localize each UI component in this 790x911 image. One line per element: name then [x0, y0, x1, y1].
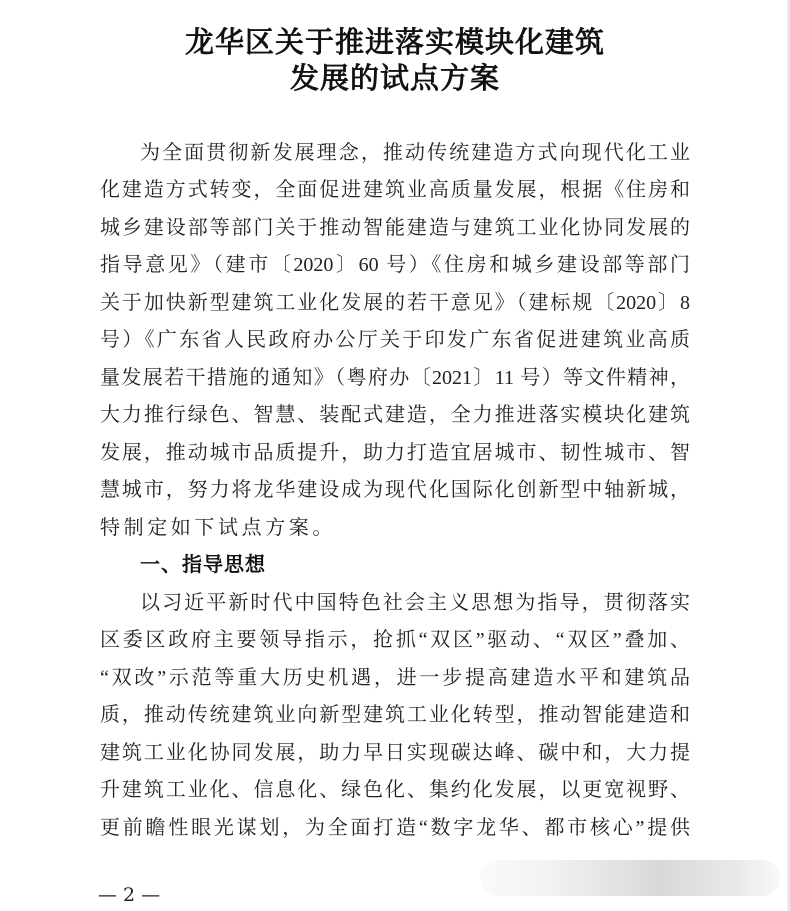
page-number: — 2 — — [98, 884, 160, 906]
intro-paragraph-line: 为全面贯彻新发展理念，推动传统建造方式向现代化工业 — [140, 136, 690, 166]
intro-paragraph-line: 大力推行绿色、智慧、装配式建造，全力推进落实模块化建筑 — [100, 398, 690, 428]
section-paragraph-line: 质，推动传统建筑业向新型建筑工业化转型，推动智能建造和 — [100, 698, 690, 728]
intro-paragraph-line: 关于加快新型建筑工业化发展的若干意见》（建标规〔2020〕8 — [100, 286, 690, 316]
section-paragraph-line: 以习近平新时代中国特色社会主义思想为指导，贯彻落实 — [140, 586, 690, 616]
document-title-line-1: 龙华区关于推进落实模块化建筑 — [0, 20, 790, 61]
section-heading: 一、指导思想 — [140, 548, 266, 577]
intro-paragraph-line: 城乡建设部等部门关于推动智能建造与建筑工业化协同发展的 — [100, 211, 690, 241]
intro-paragraph-line: 量发展若干措施的通知》（粤府办〔2021〕11 号）等文件精神， — [100, 361, 690, 391]
blurred-watermark — [480, 860, 780, 900]
section-paragraph-line: 升建筑工业化、信息化、绿色化、集约化发展，以更宽视野、 — [100, 773, 690, 803]
intro-paragraph-line: 指导意见》（建市〔2020〕60 号）《住房和城乡建设部等部门 — [100, 248, 690, 278]
section-paragraph-line: 更前瞻性眼光谋划，为全面打造“数字龙华、都市核心”提供 — [100, 811, 690, 841]
section-paragraph-line: “双改”示范等重大历史机遇，进一步提高建造水平和建筑品 — [100, 661, 690, 691]
document-title-line-2: 发展的试点方案 — [0, 56, 790, 97]
intro-paragraph-line: 特制定如下试点方案。 — [100, 511, 690, 541]
document-page: 龙华区关于推进落实模块化建筑 发展的试点方案 为全面贯彻新发展理念，推动传统建造… — [0, 0, 790, 911]
section-paragraph-line: 区委区政府主要领导指示，抢抓“双区”驱动、“双区”叠加、 — [100, 623, 690, 653]
intro-paragraph-line: 化建造方式转变，全面促进建筑业高质量发展，根据《住房和 — [100, 173, 690, 203]
section-paragraph-line: 建筑工业化协同发展，助力早日实现碳达峰、碳中和，大力提 — [100, 736, 690, 766]
intro-paragraph-line: 发展，推动城市品质提升，助力打造宜居城市、韧性城市、智 — [100, 436, 690, 466]
intro-paragraph-line: 号）《广东省人民政府办公厅关于印发广东省促进建筑业高质 — [100, 323, 690, 353]
intro-paragraph-line: 慧城市，努力将龙华建设成为现代化国际化创新型中轴新城， — [100, 473, 690, 503]
